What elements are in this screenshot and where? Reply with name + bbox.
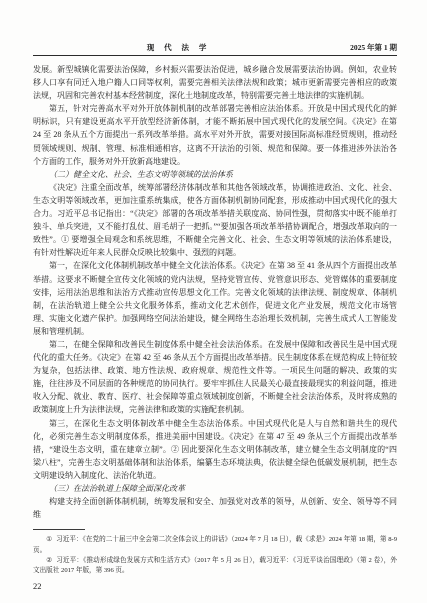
body-paragraph: 《决定》注重全面改革，统筹部署经济体制改革和其他各领域改革，协调推进政治、文化、… [33, 181, 397, 260]
section-heading: （二）健全文化、社会、生态文明等领域的法治体系 [33, 168, 397, 181]
article-body: 发展。新型城镇化需要法治保障，乡村振兴需要法治促进，城乡融合发展需要法治协调。例… [33, 63, 397, 521]
body-paragraph: 第三，在深化生态文明体制改革中健全生态法治体系。中国式现代化是人与自然和谐共生的… [33, 417, 397, 482]
journal-page: 现 代 法 学 2025 年第 1 期 发展。新型城镇化需要法治保障，乡村振兴需… [0, 0, 427, 603]
footnotes: ①习近平：《在党的二十届三中全会第二次全体会议上的讲话》（2024 年 7 月 … [33, 535, 397, 576]
body-paragraph: 第二，在健全保障和改善民生制度体系中健全社会法治体系。在发展中保障和改善民生是中… [33, 338, 397, 417]
page-header: 现 代 法 学 2025 年第 1 期 [33, 42, 397, 56]
body-paragraph: 第五，针对完善高水平对外开放体制机制的改革部署完善相应法治体系。开放是中国式现代… [33, 102, 397, 167]
footnote-marker: ② [46, 557, 52, 564]
footnote-marker: ① [46, 536, 52, 543]
footnote-separator [33, 529, 85, 530]
body-paragraph: 第一，在深化文化体制机制改革中健全文化法治体系。《决定》在第 38 至 41 条… [33, 259, 397, 338]
section-heading: （三）在法治轨道上保障全面深化改革 [33, 482, 397, 495]
body-paragraph: 构建支持全面创新体制机制，统筹发展和安全、加强党对改革的领导，从创新、安全、领导… [33, 495, 397, 521]
footnote: ②习近平：《推动形成绿色发展方式和生活方式》（2017 年 5 月 26 日），… [33, 556, 397, 577]
issue-label: 2025 年第 1 期 [350, 42, 397, 53]
body-paragraph: 发展。新型城镇化需要法治保障，乡村振兴需要法治促进，城乡融合发展需要法治协调。例… [33, 63, 397, 102]
journal-title: 现 代 法 学 [147, 42, 211, 53]
page-number: 22 [33, 581, 397, 591]
footnote: ①习近平：《在党的二十届三中全会第二次全体会议上的讲话》（2024 年 7 月 … [33, 535, 397, 556]
